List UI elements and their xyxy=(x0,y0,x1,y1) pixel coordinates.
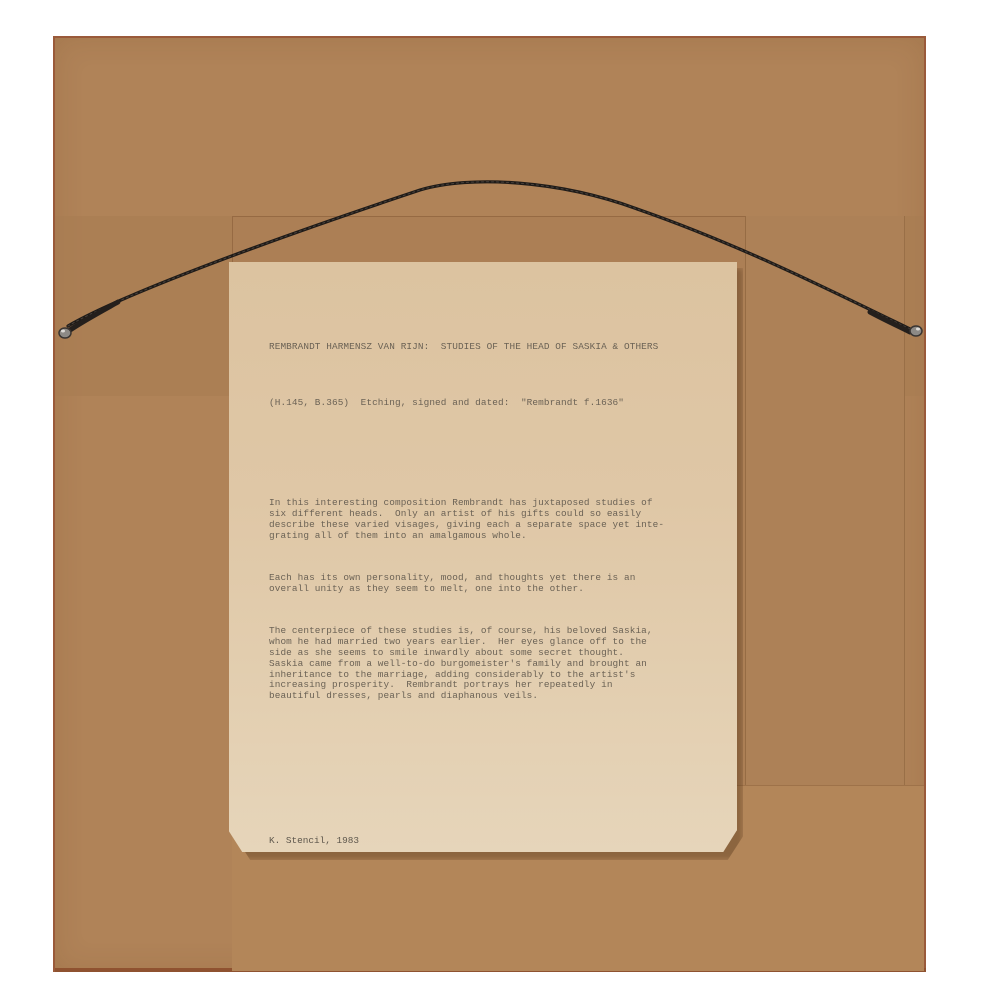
label-body: REMBRANDT HARMENSZ VAN RIJN: STUDIES OF … xyxy=(269,320,709,734)
paragraph: The centerpiece of these studies is, of … xyxy=(269,626,709,702)
artwork-title: REMBRANDT HARMENSZ VAN RIJN: STUDIES OF … xyxy=(269,342,709,353)
typed-label-sheet: REMBRANDT HARMENSZ VAN RIJN: STUDIES OF … xyxy=(229,262,737,852)
catalogue-reference: (H.145, B.365) Etching, signed and dated… xyxy=(269,398,709,409)
author-signature: K. Stencil, 1983 xyxy=(269,835,359,846)
paragraph: In this interesting composition Rembrand… xyxy=(269,498,709,541)
backing-sheet-right-panel xyxy=(745,216,905,786)
paragraph: Each has its own personality, mood, and … xyxy=(269,573,709,595)
